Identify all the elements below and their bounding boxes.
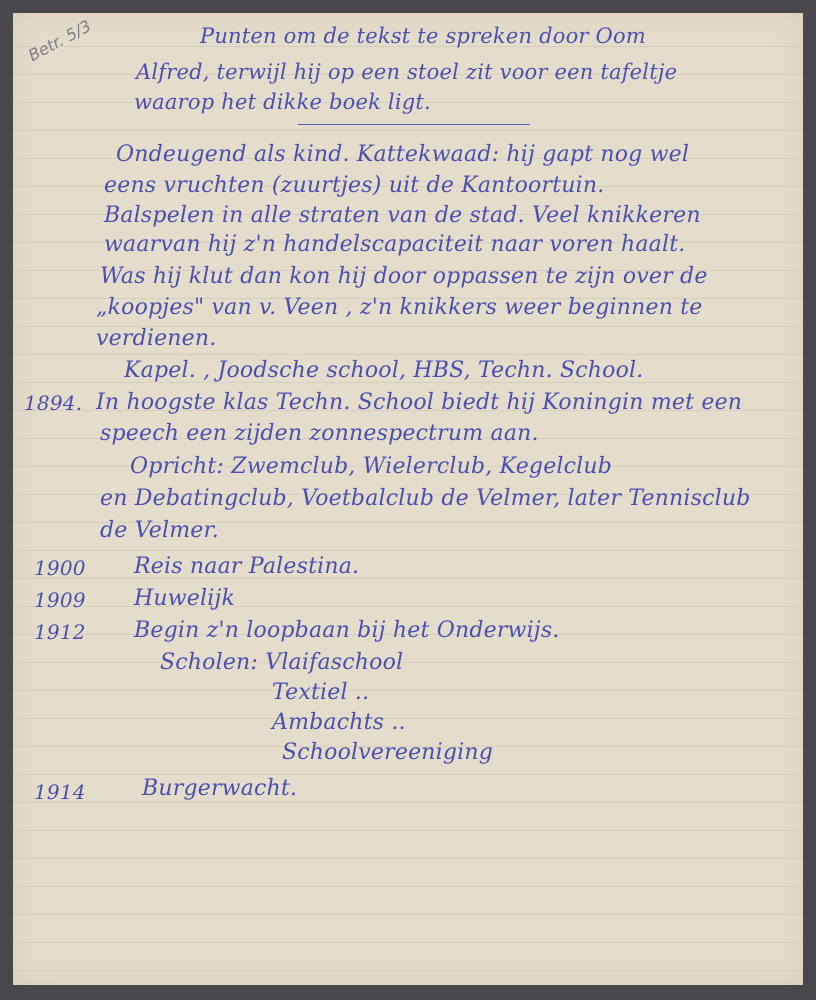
body-line: Burgerwacht. (142, 776, 297, 801)
body-line: speech een zijden zonnespectrum aan. (100, 421, 539, 446)
body-line: Kapel. , Joodsche school, HBS, Techn. Sc… (124, 358, 643, 383)
body-line: Begin z'n loopbaan bij het Onderwijs. (134, 618, 560, 643)
year-label: 1909 (34, 588, 86, 612)
body-line: Was hij klut dan kon hij door oppassen t… (100, 264, 708, 289)
heading-line-2: Alfred, terwijl hij op een stoel zit voo… (136, 60, 677, 84)
heading-underline (298, 124, 530, 125)
body-line: Schoolvereeniging (282, 740, 493, 765)
year-label: 1900 (34, 556, 86, 580)
year-label: 1894. (24, 391, 82, 415)
body-line: Ondeugend als kind. Kattekwaad: hij gapt… (116, 142, 689, 167)
body-line: verdienen. (96, 326, 216, 351)
body-line: Textiel .. (272, 680, 369, 705)
body-line: en Debatingclub, Voetbalclub de Velmer, … (100, 486, 751, 511)
heading-line-1: Punten om de tekst te spreken door Oom (200, 24, 646, 48)
heading-line-3: waarop het dikke boek ligt. (134, 90, 431, 114)
body-line: „koopjes" van v. Veen , z'n knikkers wee… (96, 295, 703, 320)
body-line: de Velmer. (100, 518, 219, 543)
body-line: waarvan hij z'n handelscapaciteit naar v… (104, 232, 685, 257)
year-label: 1912 (34, 620, 86, 644)
body-line: Reis naar Palestina. (134, 554, 359, 579)
year-label: 1914 (34, 780, 86, 804)
body-line: Balspelen in alle straten van de stad. V… (104, 203, 701, 228)
body-line: In hoogste klas Techn. School biedt hij … (96, 390, 742, 415)
body-line: eens vruchten (zuurtjes) uit de Kantoort… (104, 173, 604, 198)
body-line: Opricht: Zwemclub, Wielerclub, Kegelclub (130, 454, 612, 479)
body-line: Scholen: Vlaifaschool (160, 650, 403, 675)
body-line: Ambachts .. (272, 710, 406, 735)
body-line: Huwelijk (134, 586, 235, 611)
